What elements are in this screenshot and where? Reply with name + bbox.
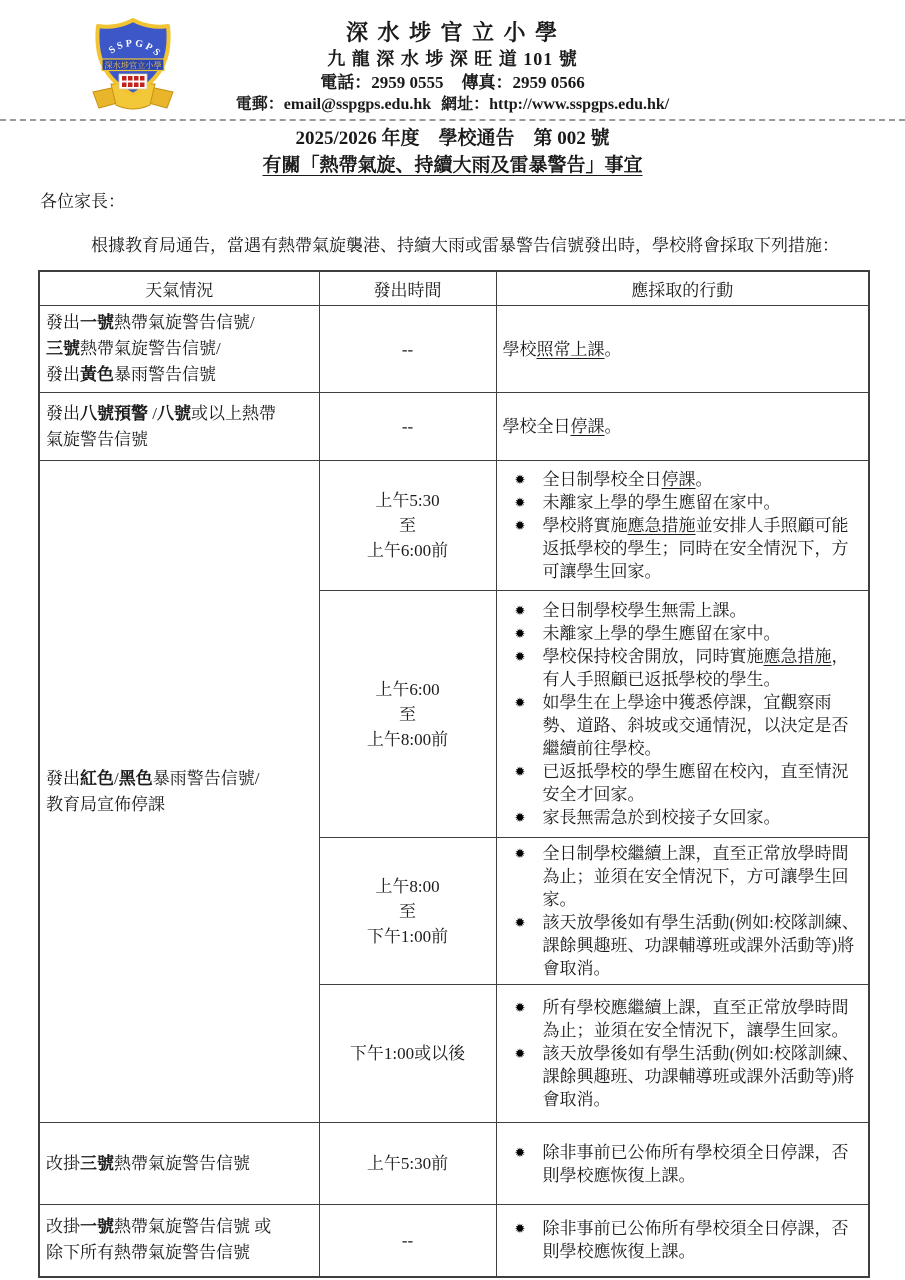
text-segment: 。: [605, 417, 622, 436]
text-line: 學校全日停課。: [503, 415, 863, 438]
time-line: 下午1:00或以後: [326, 1041, 490, 1066]
salutation: 各位家長：: [40, 187, 905, 212]
text-segment: 應急措施: [628, 516, 696, 535]
time-line: 至: [326, 899, 490, 924]
bullet-icon: ✹: [503, 491, 543, 514]
text-segment: 教育局宣佈停課: [46, 795, 165, 814]
time-line: --: [326, 337, 490, 362]
time-line: 上午6:00: [326, 677, 490, 702]
bullet-text: 學校保持校舍開放，同時實施應急措施，有人手照顧已返抵學校的學生。: [543, 645, 863, 691]
time-cell: 下午1:00或以後: [319, 985, 496, 1123]
text-line: 改掛一號熱帶氣旋警告信號 或: [46, 1214, 313, 1240]
text-segment: 暴雨警告信號/: [153, 769, 260, 788]
website-url: 網址：http://www.sspgps.edu.hk/: [441, 96, 669, 113]
bullet-icon: ✹: [503, 645, 543, 668]
text-segment: 發出: [46, 313, 80, 332]
text-segment: 黃色: [80, 365, 114, 384]
text-line: 發出紅色/黑色暴雨警告信號/: [46, 766, 313, 792]
bullet-item: ✹未離家上學的學生應留在家中。: [503, 622, 863, 645]
bullet-item: ✹全日制學校學生無需上課。: [503, 599, 863, 622]
bullet-icon: ✹: [503, 514, 543, 537]
bullet-item: ✹除非事前已公佈所有學校須全日停課，否則學校應恢復上課。: [503, 1217, 863, 1263]
table-row-signal-1-3-amber: 發出一號熱帶氣旋警告信號/三號熱帶氣旋警告信號/發出黃色暴雨警告信號 -- 學校…: [39, 306, 869, 393]
text-segment: 發出: [46, 769, 80, 788]
text-line: 除下所有熱帶氣旋警告信號: [46, 1240, 313, 1266]
time-cell: 上午5:30至上午6:00前: [319, 461, 496, 591]
text-line: 教育局宣佈停課: [46, 792, 313, 818]
intro-paragraph: 根據教育局通告，當遇有熱帶氣旋襲港、持續大雨或雷暴警告信號發出時，學校將會採取下…: [40, 234, 868, 258]
email-address: 電郵：email@sspgps.edu.hk: [236, 96, 431, 113]
bullet-icon: ✹: [503, 468, 543, 491]
time-line: 至: [326, 513, 490, 538]
action-cell: ✹所有學校應繼續上課，直至正常放學時間為止；並須在安全情況下，讓學生回家。✹該天…: [496, 985, 869, 1123]
bullet-icon: ✹: [503, 1141, 543, 1164]
bullet-text: 除非事前已公佈所有學校須全日停課，否則學校應恢復上課。: [543, 1217, 863, 1263]
bullet-item: ✹所有學校應繼續上課，直至正常放學時間為止；並須在安全情況下，讓學生回家。: [503, 996, 863, 1042]
phone-number: 電話：2959 0555: [320, 73, 443, 92]
action-cell: ✹全日制學校學生無需上課。✹未離家上學的學生應留在家中。✹學校保持校舍開放，同時…: [496, 591, 869, 838]
text-segment: 該天放學後如有學生活動(例如:校隊訓練、課餘興趣班、功課輔導班或課外活動等)將會…: [543, 1044, 859, 1109]
table-row-change-to-signal-1: 改掛一號熱帶氣旋警告信號 或除下所有熱帶氣旋警告信號 -- ✹除非事前已公佈所有…: [39, 1205, 869, 1277]
bullet-item: ✹未離家上學的學生應留在家中。: [503, 491, 863, 514]
bullet-item: ✹除非事前已公佈所有學校須全日停課，否則學校應恢復上課。: [503, 1141, 863, 1187]
time-line: 上午8:00: [326, 874, 490, 899]
weather-cell: 發出一號熱帶氣旋警告信號/三號熱帶氣旋警告信號/發出黃色暴雨警告信號: [39, 306, 319, 393]
weather-arrangements-table: 天氣情況 發出時間 應採取的行動 發出一號熱帶氣旋警告信號/三號熱帶氣旋警告信號…: [38, 270, 870, 1278]
bullet-text: 所有學校應繼續上課，直至正常放學時間為止；並須在安全情況下，讓學生回家。: [543, 996, 863, 1042]
text-segment: 氣旋警告信號: [46, 430, 148, 449]
text-line: 發出一號熱帶氣旋警告信號/: [46, 310, 313, 336]
weather-cell: 發出八號預警 /八號或以上熱帶氣旋警告信號: [39, 393, 319, 461]
bullet-icon: ✹: [503, 806, 543, 829]
text-segment: 未離家上學的學生應留在家中。: [543, 624, 781, 643]
time-line: 上午5:30前: [326, 1151, 490, 1176]
text-segment: 。: [605, 340, 622, 359]
text-segment: 改掛: [46, 1217, 80, 1236]
bullet-text: 如學生在上學途中獲悉停課，宜觀察雨勢、道路、斜坡或交通情況，以決定是否繼續前往學…: [543, 691, 863, 760]
action-cell: ✹全日制學校繼續上課，直至正常放學時間為止；並須在安全情況下，方可讓學生回家。✹…: [496, 838, 869, 985]
column-header-action: 應採取的行動: [496, 271, 869, 306]
action-cell: ✹除非事前已公佈所有學校須全日停課，否則學校應恢復上課。: [496, 1123, 869, 1205]
bullet-text: 已返抵學校的學生應留在校內，直至情況安全才回家。: [543, 760, 863, 806]
text-segment: 全日制學校學生無需上課。: [543, 601, 747, 620]
time-line: 上午6:00前: [326, 538, 490, 563]
text-segment: 已返抵學校的學生應留在校內，直至情況安全才回家。: [543, 762, 849, 804]
text-segment: 未離家上學的學生應留在家中。: [543, 493, 781, 512]
bullet-item: ✹全日制學校繼續上課，直至正常放學時間為止；並須在安全情況下，方可讓學生回家。: [503, 842, 863, 911]
column-header-weather: 天氣情況: [39, 271, 319, 306]
weather-cell: 改掛一號熱帶氣旋警告信號 或除下所有熱帶氣旋警告信號: [39, 1205, 319, 1277]
text-segment: 一號: [80, 1217, 114, 1236]
text-segment: 紅色: [80, 769, 114, 788]
bullet-text: 未離家上學的學生應留在家中。: [543, 622, 863, 645]
bullet-text: 學校將實施應急措施並安排人手照顧可能返抵學校的學生；同時在安全情況下，方可讓學生…: [543, 514, 863, 583]
action-cell: 學校照常上課。: [496, 306, 869, 393]
bullet-item: ✹學校將實施應急措施並安排人手照顧可能返抵學校的學生；同時在安全情況下，方可讓學…: [503, 514, 863, 583]
text-segment: 除非事前已公佈所有學校須全日停課，否則學校應恢復上課。: [543, 1143, 849, 1185]
bullet-text: 家長無需急於到校接子女回家。: [543, 806, 863, 829]
bullet-text: 全日制學校全日停課。: [543, 468, 863, 491]
text-segment: 除非事前已公佈所有學校須全日停課，否則學校應恢復上課。: [543, 1219, 849, 1261]
table-row-signal-8: 發出八號預警 /八號或以上熱帶氣旋警告信號 -- 學校全日停課。: [39, 393, 869, 461]
text-segment: 熱帶氣旋警告信號: [114, 1154, 250, 1173]
text-line: 學校照常上課。: [503, 338, 863, 361]
text-segment: 熱帶氣旋警告信號/: [80, 339, 221, 358]
text-segment: 三號: [46, 339, 80, 358]
letterhead: SSPGPS 深水埗官立小學 深 水 埗 官 立 小 學 九 龍 深 水 埗 深…: [0, 0, 905, 119]
text-segment: 所有學校應繼續上課，直至正常放學時間為止；並須在安全情況下，讓學生回家。: [543, 998, 849, 1040]
time-line: --: [326, 414, 490, 439]
time-cell: --: [319, 393, 496, 461]
action-cell: ✹除非事前已公佈所有學校須全日停課，否則學校應恢復上課。: [496, 1205, 869, 1277]
text-segment: 黑色: [119, 769, 153, 788]
title-block: 2025/2026 年度 學校通告 第 002 號 有關「熱帶氣旋、持續大雨及雷…: [0, 126, 905, 179]
text-segment: 改掛: [46, 1154, 80, 1173]
column-header-time: 發出時間: [319, 271, 496, 306]
text-segment: 熱帶氣旋警告信號/: [114, 313, 255, 332]
bullet-text: 全日制學校學生無需上課。: [543, 599, 863, 622]
table-row-change-to-signal-3: 改掛三號熱帶氣旋警告信號 上午5:30前 ✹除非事前已公佈所有學校須全日停課，否…: [39, 1123, 869, 1205]
text-segment: 應急措施: [764, 647, 832, 666]
bullet-item: ✹已返抵學校的學生應留在校內，直至情況安全才回家。: [503, 760, 863, 806]
time-line: 至: [326, 702, 490, 727]
bullet-item: ✹該天放學後如有學生活動(例如:校隊訓練、課餘興趣班、功課輔導班或課外活動等)將…: [503, 911, 863, 980]
text-line: 發出黃色暴雨警告信號: [46, 362, 313, 388]
text-segment: 發出: [46, 404, 80, 423]
time-cell: 上午6:00至上午8:00前: [319, 591, 496, 838]
bullet-item: ✹如學生在上學途中獲悉停課，宜觀察雨勢、道路、斜坡或交通情況，以決定是否繼續前往…: [503, 691, 863, 760]
time-cell: --: [319, 306, 496, 393]
text-segment: 全日制學校全日: [543, 470, 662, 489]
header-divider: [0, 119, 905, 121]
time-line: 上午8:00前: [326, 727, 490, 752]
text-segment: 八號預警: [80, 404, 148, 423]
text-segment: 學校將實施: [543, 516, 628, 535]
bullet-text: 除非事前已公佈所有學校須全日停課，否則學校應恢復上課。: [543, 1141, 863, 1187]
bullet-item: ✹學校保持校舍開放，同時實施應急措施，有人手照顧已返抵學校的學生。: [503, 645, 863, 691]
text-line: 氣旋警告信號: [46, 427, 313, 453]
text-segment: 除下所有熱帶氣旋警告信號: [46, 1243, 250, 1262]
bullet-item: ✹該天放學後如有學生活動(例如:校隊訓練、課餘興趣班、功課輔導班或課外活動等)將…: [503, 1042, 863, 1111]
text-segment: 停課: [571, 417, 605, 436]
bullet-text: 全日制學校繼續上課，直至正常放學時間為止；並須在安全情況下，方可讓學生回家。: [543, 842, 863, 911]
text-segment: 暴雨警告信號: [114, 365, 216, 384]
bullet-item: ✹家長無需急於到校接子女回家。: [503, 806, 863, 829]
text-segment: 三號: [80, 1154, 114, 1173]
text-line: 三號熱帶氣旋警告信號/: [46, 336, 313, 362]
text-segment: 如學生在上學途中獲悉停課，宜觀察雨勢、道路、斜坡或交通情況，以決定是否繼續前往學…: [543, 693, 849, 758]
bullet-icon: ✹: [503, 599, 543, 622]
text-segment: 一號: [80, 313, 114, 332]
text-segment: 停課: [662, 470, 696, 489]
text-segment: 八號: [157, 404, 191, 423]
time-line: 下午1:00前: [326, 924, 490, 949]
bullet-icon: ✹: [503, 911, 543, 934]
fax-number: 傳真：2959 0566: [462, 73, 585, 92]
table-header-row: 天氣情況 發出時間 應採取的行動: [39, 271, 869, 306]
bullet-item: ✹全日制學校全日停課。: [503, 468, 863, 491]
text-segment: 發出: [46, 365, 80, 384]
text-segment: 學校全日: [503, 417, 571, 436]
bullet-icon: ✹: [503, 996, 543, 1019]
bullet-text: 未離家上學的學生應留在家中。: [543, 491, 863, 514]
text-segment: /: [148, 404, 157, 423]
weather-cell: 改掛三號熱帶氣旋警告信號: [39, 1123, 319, 1205]
bullet-icon: ✹: [503, 842, 543, 865]
text-segment: 學校保持校舍開放，同時實施: [543, 647, 764, 666]
bullet-icon: ✹: [503, 691, 543, 714]
text-line: 改掛三號熱帶氣旋警告信號: [46, 1151, 313, 1177]
bullet-icon: ✹: [503, 1042, 543, 1065]
logo-name-band-text: 深水埗官立小學: [104, 60, 161, 70]
time-cell: 上午5:30前: [319, 1123, 496, 1205]
bullet-icon: ✹: [503, 1217, 543, 1240]
notice-title: 2025/2026 年度 學校通告 第 002 號: [0, 126, 905, 152]
notice-subject: 有關「熱帶氣旋、持續大雨及雷暴警告」事宜: [0, 152, 905, 179]
text-segment: 照常上課: [537, 340, 605, 359]
bullet-text: 該天放學後如有學生活動(例如:校隊訓練、課餘興趣班、功課輔導班或課外活動等)將會…: [543, 1042, 863, 1111]
bullet-icon: ✹: [503, 760, 543, 783]
text-segment: 學校: [503, 340, 537, 359]
time-cell: 上午8:00至下午1:00前: [319, 838, 496, 985]
text-segment: 全日制學校繼續上課，直至正常放學時間為止；並須在安全情況下，方可讓學生回家。: [543, 844, 849, 909]
text-segment: 或以上熱帶: [191, 404, 276, 423]
school-logo: SSPGPS 深水埗官立小學: [86, 16, 180, 118]
action-cell: ✹全日制學校全日停課。✹未離家上學的學生應留在家中。✹學校將實施應急措施並安排人…: [496, 461, 869, 591]
bullet-icon: ✹: [503, 622, 543, 645]
text-segment: 該天放學後如有學生活動(例如:校隊訓練、課餘興趣班、功課輔導班或課外活動等)將會…: [543, 913, 859, 978]
bullet-text: 該天放學後如有學生活動(例如:校隊訓練、課餘興趣班、功課輔導班或課外活動等)將會…: [543, 911, 863, 980]
table-row-red-black-sub1: 發出紅色/黑色暴雨警告信號/教育局宣佈停課 上午5:30至上午6:00前 ✹全日…: [39, 461, 869, 591]
text-segment: 。: [696, 470, 713, 489]
text-line: 發出八號預警 /八號或以上熱帶: [46, 401, 313, 427]
time-line: --: [326, 1228, 490, 1253]
weather-cell-red-black: 發出紅色/黑色暴雨警告信號/教育局宣佈停課: [39, 461, 319, 1123]
action-cell: 學校全日停課。: [496, 393, 869, 461]
text-segment: 家長無需急於到校接子女回家。: [543, 808, 781, 827]
time-cell: --: [319, 1205, 496, 1277]
text-segment: 熱帶氣旋警告信號 或: [114, 1217, 271, 1236]
time-line: 上午5:30: [326, 488, 490, 513]
